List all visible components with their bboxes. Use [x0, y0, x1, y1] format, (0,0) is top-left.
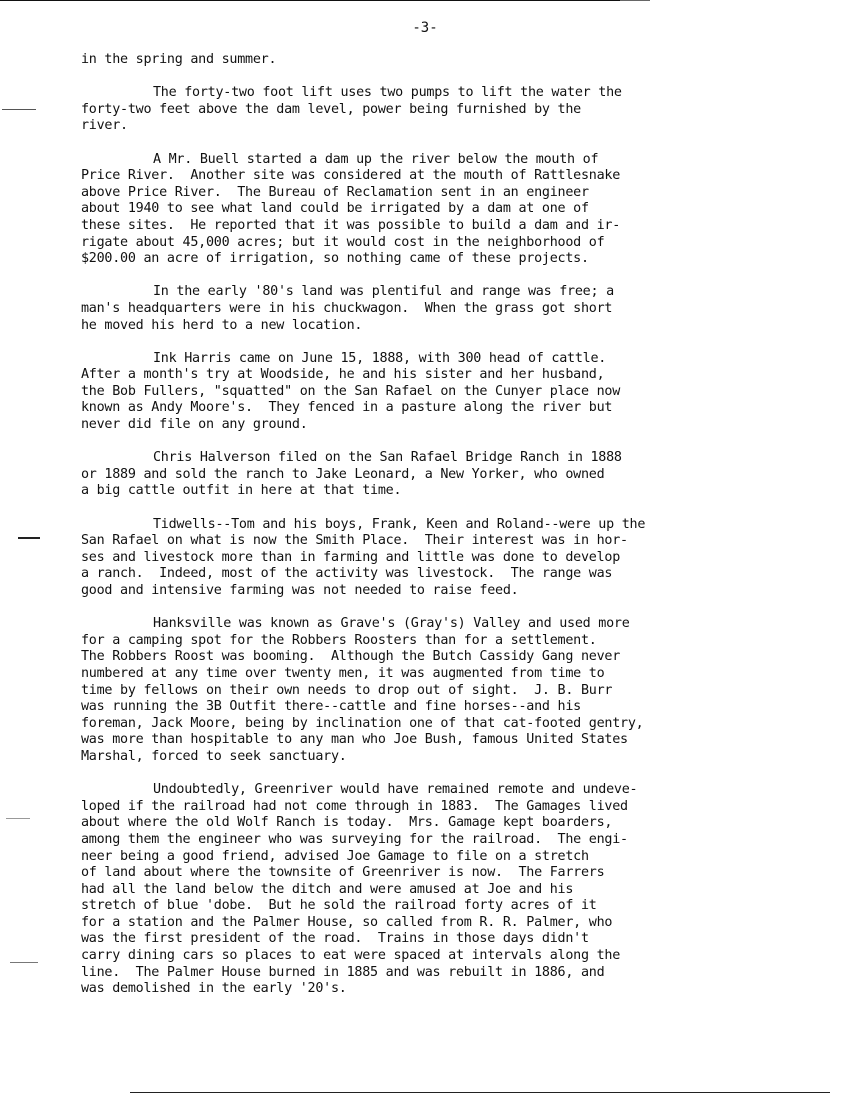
paragraph: A Mr. Buell started a dam up the river b… — [81, 152, 801, 268]
paragraph: Hanksville was known as Grave's (Gray's)… — [81, 616, 801, 765]
text-line: these sites. He reported that it was pos… — [81, 218, 801, 235]
text-line: Ink Harris came on June 15, 1888, with 3… — [81, 351, 801, 368]
margin-mark — [10, 962, 38, 963]
text-line: loped if the railroad had not come throu… — [81, 799, 801, 816]
text-line: was the first president of the road. Tra… — [81, 931, 801, 948]
text-line: about where the old Wolf Ranch is today.… — [81, 815, 801, 832]
page-number: -3- — [0, 20, 850, 36]
text-line: had all the land below the ditch and wer… — [81, 882, 801, 899]
text-line: rigate about 45,000 acres; but it would … — [81, 235, 801, 252]
text-line: in the spring and summer. — [81, 52, 801, 69]
text-line: man's headquarters were in his chuckwago… — [81, 301, 801, 318]
text-line: Undoubtedly, Greenriver would have remai… — [81, 782, 801, 799]
text-line: forty-two feet above the dam level, powe… — [81, 102, 801, 119]
text-line: numbered at any time over twenty men, it… — [81, 666, 801, 683]
text-line: Tidwells--Tom and his boys, Frank, Keen … — [81, 517, 801, 534]
paragraph: Ink Harris came on June 15, 1888, with 3… — [81, 351, 801, 434]
margin-mark — [18, 537, 40, 539]
text-line: neer being a good friend, advised Joe Ga… — [81, 849, 801, 866]
scan-edge-top-rule-fragment — [620, 0, 650, 1]
paragraph: The forty-two foot lift uses two pumps t… — [81, 85, 801, 135]
paragraph: Chris Halverson filed on the San Rafael … — [81, 450, 801, 500]
text-line: or 1889 and sold the ranch to Jake Leona… — [81, 467, 801, 484]
text-line: for a station and the Palmer House, so c… — [81, 915, 801, 932]
text-line: Hanksville was known as Grave's (Gray's)… — [81, 616, 801, 633]
text-line: San Rafael on what is now the Smith Plac… — [81, 533, 801, 550]
scan-edge-bottom-rule — [130, 1092, 830, 1093]
text-line: $200.00 an acre of irrigation, so nothin… — [81, 251, 801, 268]
paragraph: In the early '80's land was plentiful an… — [81, 284, 801, 334]
margin-mark — [2, 109, 36, 110]
text-line: for a camping spot for the Robbers Roost… — [81, 633, 801, 650]
text-line: river. — [81, 118, 801, 135]
text-line: among them the engineer who was surveyin… — [81, 832, 801, 849]
text-line: the Bob Fullers, "squatted" on the San R… — [81, 384, 801, 401]
text-line: The forty-two foot lift uses two pumps t… — [81, 85, 801, 102]
text-line: Chris Halverson filed on the San Rafael … — [81, 450, 801, 467]
text-line: never did file on any ground. — [81, 417, 801, 434]
text-line: good and intensive farming was not neede… — [81, 583, 801, 600]
text-line: of land about where the townsite of Gree… — [81, 865, 801, 882]
text-line: above Price River. The Bureau of Reclama… — [81, 185, 801, 202]
text-line: In the early '80's land was plentiful an… — [81, 284, 801, 301]
text-line: known as Andy Moore's. They fenced in a … — [81, 400, 801, 417]
paragraph: Tidwells--Tom and his boys, Frank, Keen … — [81, 517, 801, 600]
text-line: was more than hospitable to any man who … — [81, 732, 801, 749]
text-line: carry dining cars so places to eat were … — [81, 948, 801, 965]
text-line: Price River. Another site was considered… — [81, 168, 801, 185]
text-line: time by fellows on their own needs to dr… — [81, 683, 801, 700]
document-body: in the spring and summer.The forty-two f… — [81, 52, 801, 1014]
text-line: foreman, Jack Moore, being by inclinatio… — [81, 716, 801, 733]
text-line: Marshal, forced to seek sanctuary. — [81, 749, 801, 766]
scan-edge-top-rule — [0, 0, 620, 1]
paragraph: Undoubtedly, Greenriver would have remai… — [81, 782, 801, 998]
text-line: about 1940 to see what land could be irr… — [81, 201, 801, 218]
text-line: was demolished in the early '20's. — [81, 981, 801, 998]
text-line: was running the 3B Outfit there--cattle … — [81, 699, 801, 716]
text-line: line. The Palmer House burned in 1885 an… — [81, 965, 801, 982]
text-line: After a month's try at Woodside, he and … — [81, 367, 801, 384]
margin-mark — [6, 818, 30, 819]
text-line: stretch of blue 'dobe. But he sold the r… — [81, 898, 801, 915]
text-line: he moved his herd to a new location. — [81, 318, 801, 335]
text-line: ses and livestock more than in farming a… — [81, 550, 801, 567]
text-line: The Robbers Roost was booming. Although … — [81, 649, 801, 666]
text-line: A Mr. Buell started a dam up the river b… — [81, 152, 801, 169]
text-line: a big cattle outfit in here at that time… — [81, 483, 801, 500]
text-line: a ranch. Indeed, most of the activity wa… — [81, 566, 801, 583]
paragraph: in the spring and summer. — [81, 52, 801, 69]
